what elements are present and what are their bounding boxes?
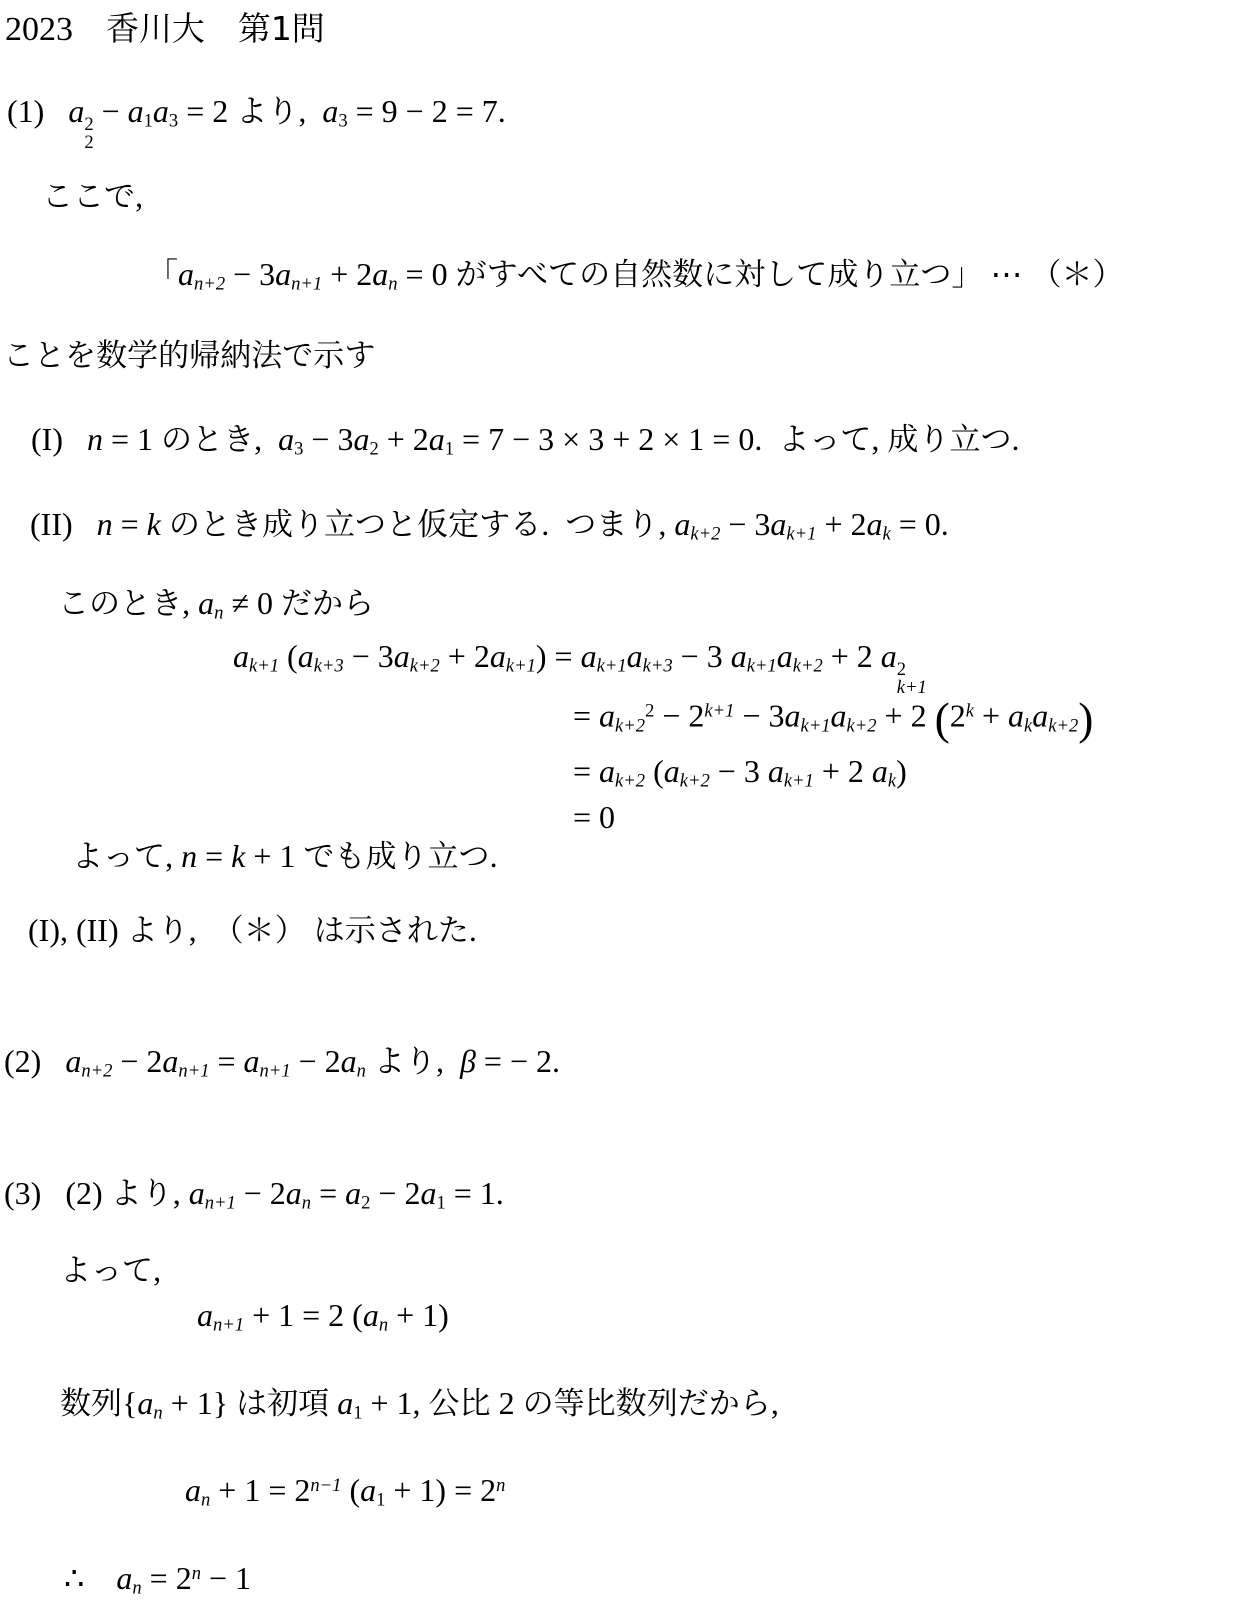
inductive-step-conclusion: よって, n = k + 1 でも成り立つ. bbox=[72, 838, 498, 876]
page-title: 2023 香川大 第1問 bbox=[5, 10, 325, 49]
kokode-text: ここで, bbox=[42, 178, 143, 216]
derivation-line-1: ak+1 (ak+3 − 3ak+2 + 2ak+1) = ak+1ak+3 −… bbox=[233, 638, 927, 697]
math-solution-page: { "page": { "title": "2023 香川大 第1問" }, "… bbox=[0, 0, 1234, 1606]
induction-intro: ことを数学的帰納法で示す bbox=[3, 337, 375, 375]
step-2-statement: (2) an+2 − 2an+1 = an+1 − 2an より, β = − … bbox=[4, 1043, 560, 1082]
inductive-hypothesis: (II) n = k のとき成り立つと仮定する. つまり, ak+2 − 3ak… bbox=[30, 506, 949, 545]
inductive-step-intro: このとき, an ≠ 0 だから bbox=[58, 585, 374, 624]
general-term: an + 1 = 2n−1 (a1 + 1) = 2n bbox=[185, 1472, 505, 1511]
induction-claim: 「an+2 − 3an+1 + 2an = 0 がすべての自然数に対して成り立つ… bbox=[147, 256, 1124, 295]
base-case: (I) n = 1 のとき, a3 − 3a2 + 2a1 = 7 − 3 × … bbox=[31, 421, 1020, 460]
induction-conclusion: (I), (II) より, （＊） は示された. bbox=[28, 912, 477, 950]
derivation-line-3: = ak+2 (ak+2 − 3 ak+1 + 2 ak) bbox=[573, 753, 907, 792]
final-answer: ∴ an = 2n − 1 bbox=[64, 1560, 251, 1599]
derivation-line-4: = 0 bbox=[573, 799, 615, 836]
recurrence-transformed: an+1 + 1 = 2 (an + 1) bbox=[197, 1297, 449, 1336]
step-1-statement: (1) a22 − a1a3 = 2 より, a3 = 9 − 2 = 7. bbox=[7, 93, 506, 152]
derivation-line-2: = ak+22 − 2k+1 − 3ak+1ak+2 + 2 (2k + aka… bbox=[573, 693, 1093, 745]
yotte-text: よって, bbox=[60, 1252, 161, 1290]
step-3-statement: (3) (2) より, an+1 − 2an = a2 − 2a1 = 1. bbox=[4, 1175, 504, 1214]
geometric-sequence-text: 数列{an + 1} は初項 a1 + 1, 公比 2 の等比数列だから, bbox=[60, 1385, 779, 1424]
